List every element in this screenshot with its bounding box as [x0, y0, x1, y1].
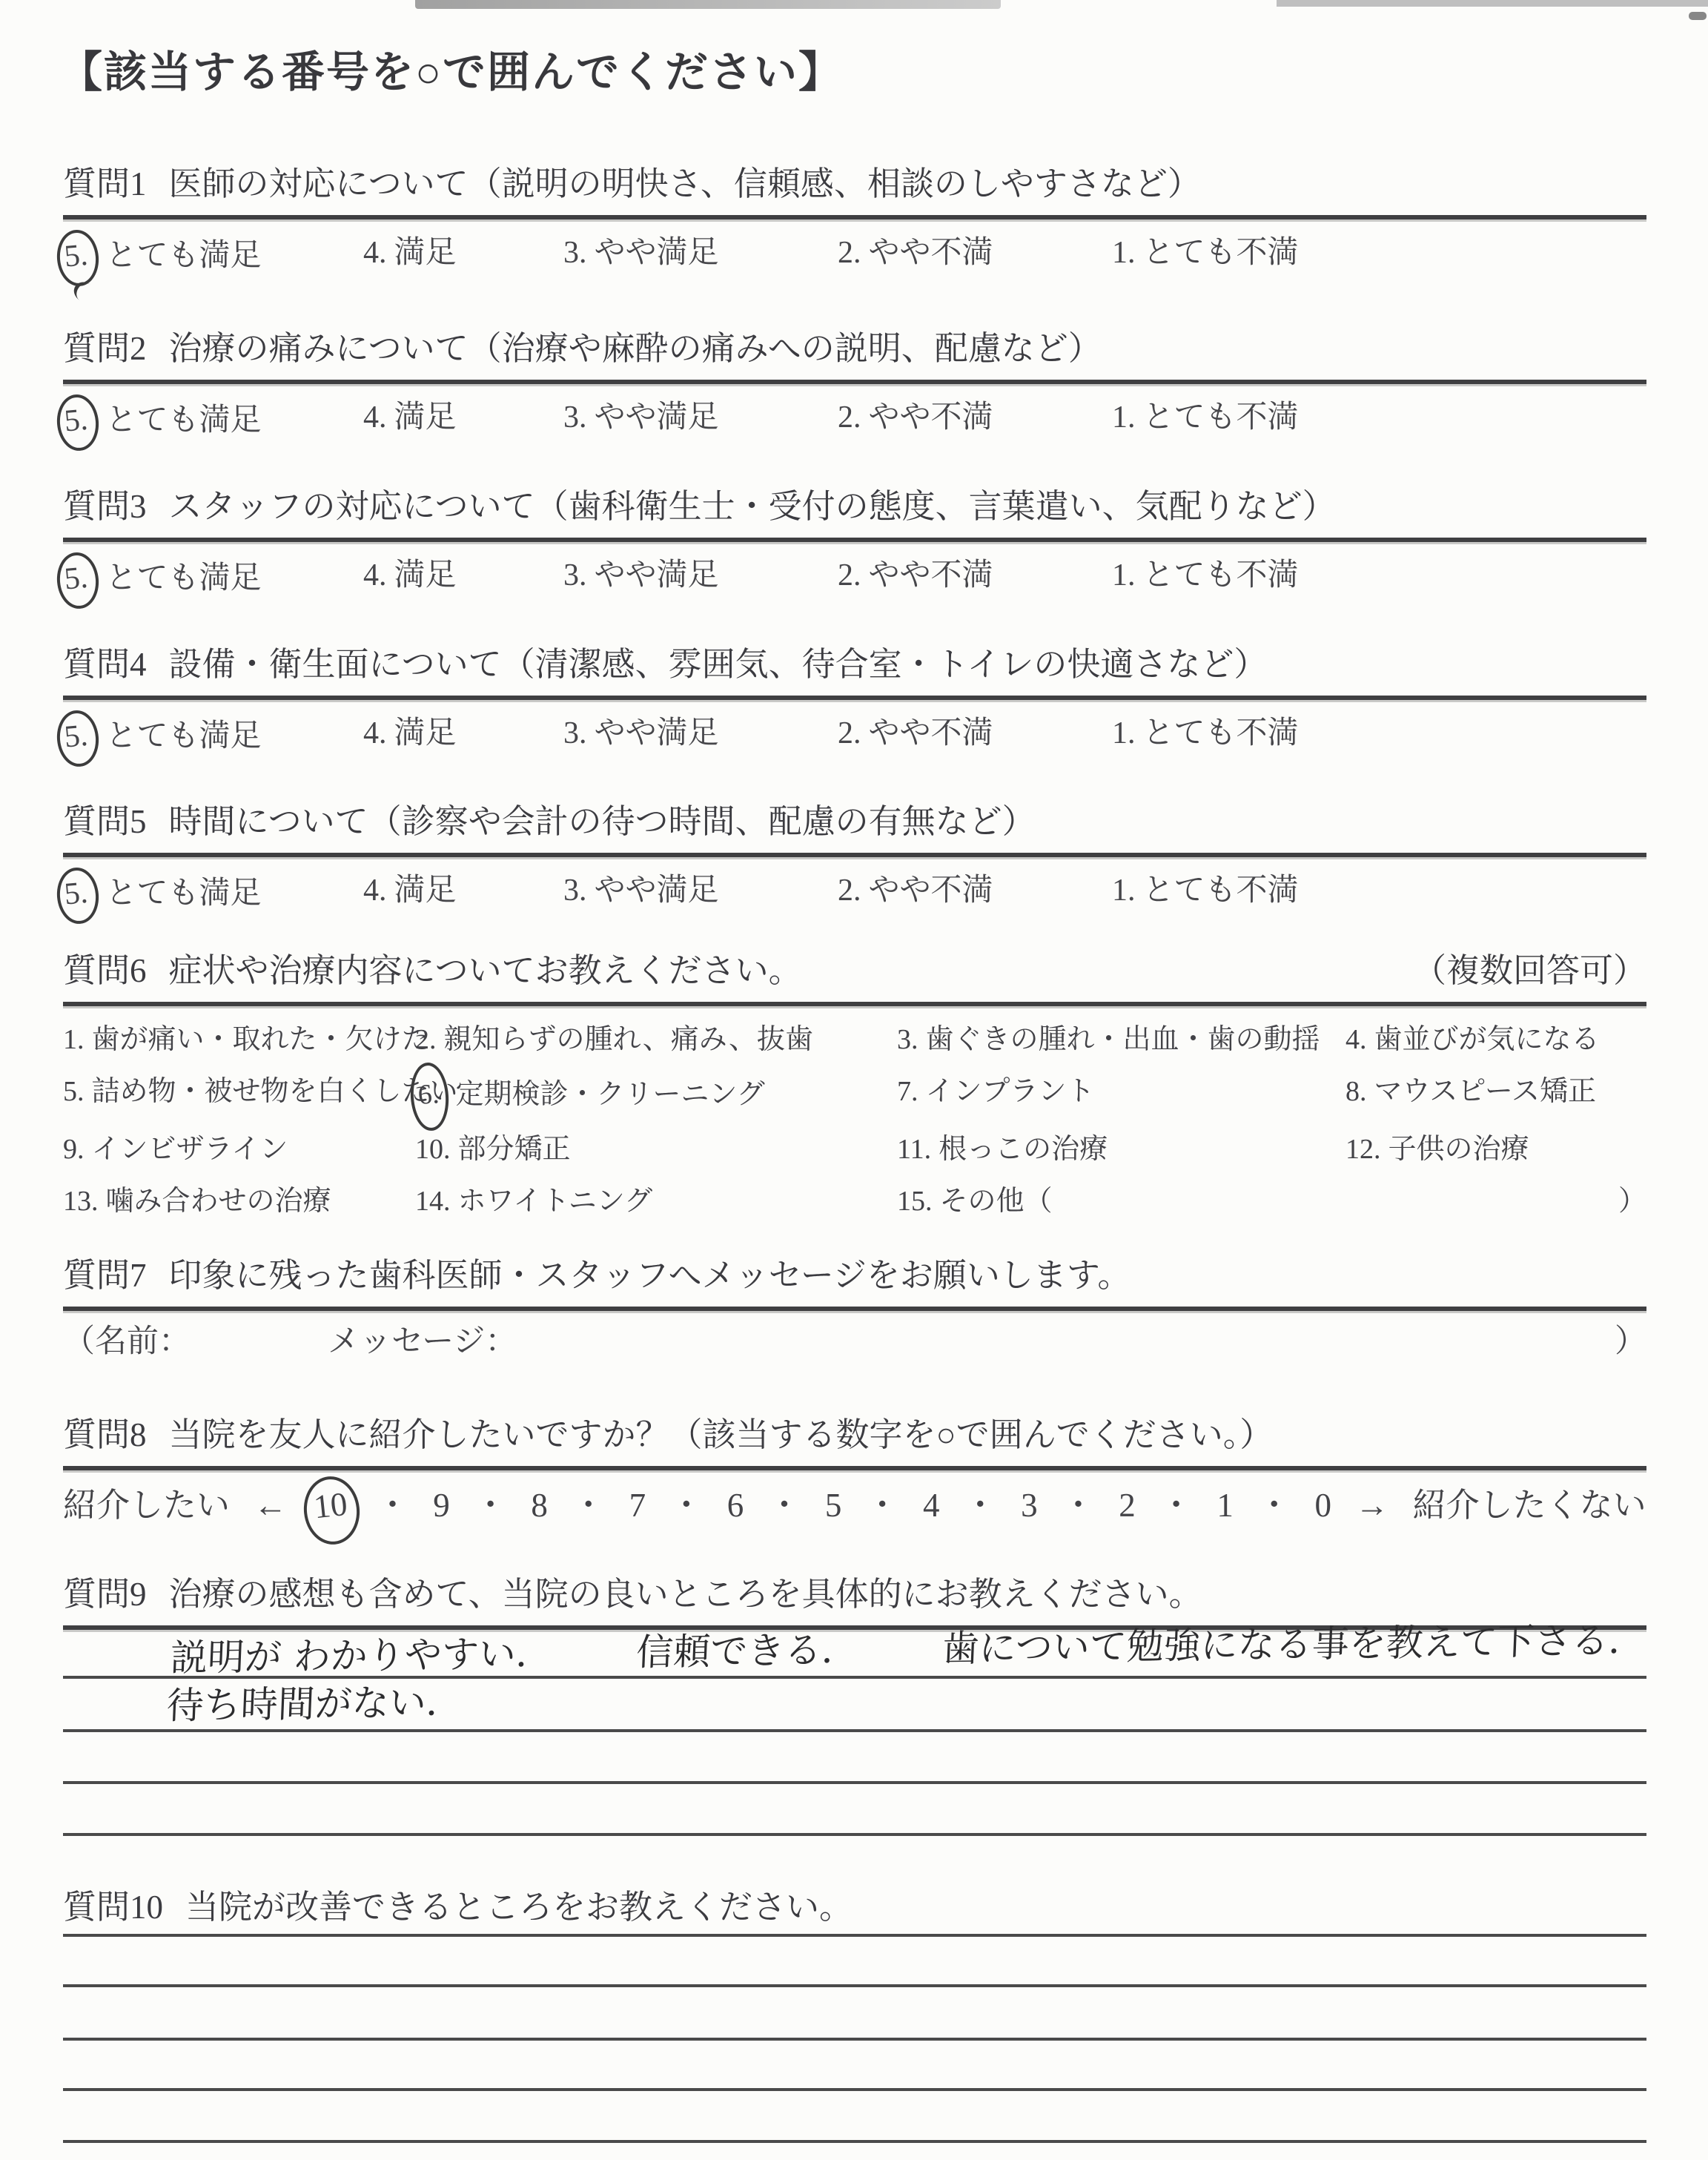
symptom-item-10: 10.部分矯正	[415, 1123, 897, 1175]
question-10-title: 質問10当院が改善できるところをお教えください。	[63, 1885, 1646, 1929]
rating-option-label: やや不満	[869, 873, 993, 908]
question-9: 質問9治療の感想も含めて、当院の良いところを具体的にお教えください。 説明が わ…	[63, 1572, 1646, 1836]
divider	[63, 696, 1646, 700]
scale-8: 8	[531, 1485, 548, 1525]
rating-option-2: 2.やや不満	[838, 560, 993, 591]
question-3-title: 質問3スタッフの対応について（歯科衛生士・受付の態度、言葉遣い、気配りなど）	[63, 484, 1646, 529]
item-label: ホワイトニング	[458, 1186, 653, 1217]
question-3-options: 5.とても満足 4.満足 3.やや満足 2.やや不満 1.とても不満	[63, 552, 1646, 619]
question-1: 質問1医師の対応について（説明の明快さ、信頼感、相談のしやすさなど） 5.とても…	[63, 162, 1646, 297]
rating-option-label: やや満足	[595, 873, 719, 908]
item-num: 2.	[415, 1024, 437, 1055]
item-label: 詰め物・被せ物を白くしたい	[92, 1076, 458, 1107]
dot-separator: ・	[1159, 1485, 1193, 1525]
rating-option-3: 3.やや満足	[563, 718, 719, 749]
dot-separator: ・	[669, 1485, 703, 1525]
rating-option-4: 4.満足	[363, 237, 457, 268]
divider	[63, 538, 1646, 542]
rating-option-2: 2.やや不満	[838, 875, 993, 906]
survey-page: 【該当する番号を○で囲んでください】 質問1医師の対応について（説明の明快さ、信…	[0, 0, 1708, 2160]
rating-option-label: とても満足	[106, 403, 262, 437]
question-6-title-row: 質問6症状や治療内容についてお教えください。 （複数回答可）	[63, 943, 1646, 993]
dot-separator: ・	[376, 1485, 409, 1525]
rating-option-label: とても不満	[1143, 873, 1299, 908]
rating-option-5: 5.とても満足	[63, 560, 262, 597]
rating-option-2: 2.やや不満	[838, 237, 993, 268]
question-4-title: 質問4設備・衛生面について（清潔感、雰囲気、待合室・トイレの快適さなど）	[63, 642, 1646, 687]
rating-option-label: とても満足	[106, 239, 262, 273]
rating-option-1: 1.とても不満	[1112, 560, 1299, 591]
circle-annotation: 5.	[55, 709, 101, 769]
question-8-text: 当院を友人に紹介したいですか？（該当する数字を○で囲んでください。）	[169, 1416, 1274, 1453]
symptom-item-4: 4.歯並びが気になる	[1345, 1014, 1646, 1066]
rating-option-label: とても満足	[106, 561, 262, 595]
rating-option-num: 2.	[838, 400, 861, 435]
question-6-title: 質問6症状や治療内容についてお教えください。	[63, 948, 802, 993]
multiple-answers-note: （複数回答可）	[1413, 943, 1646, 991]
question-7: 質問7印象に残った歯科医師・スタッフへメッセージをお願いします。 （名前： メッ…	[63, 1253, 1646, 1363]
question-2: 質問2治療の痛みについて（治療や麻酔の痛みへの説明、配慮など） 5.とても満足 …	[63, 326, 1646, 461]
circle-annotation: 5.	[55, 866, 101, 926]
symptom-item-12: 12.子供の治療	[1345, 1123, 1646, 1175]
question-6-text: 症状や治療内容についてお教えください。	[169, 952, 802, 989]
dot-separator: ・	[1257, 1485, 1291, 1525]
rating-option-num: 1.	[1112, 716, 1136, 750]
symptom-item-9: 9.インビザライン	[63, 1123, 415, 1175]
question-6-label: 質問6	[63, 952, 147, 989]
divider	[63, 215, 1646, 219]
scale-6: 6	[727, 1485, 744, 1525]
circle-annotation: 5.	[55, 393, 101, 453]
item-num: 15.	[897, 1186, 933, 1217]
page-title: 【該当する番号を○で囲んでください】	[59, 37, 843, 99]
scale-left-label: 紹介したい	[63, 1485, 230, 1525]
name-message-row: （名前： メッセージ： ）	[63, 1321, 1646, 1363]
item-num: 5.	[63, 1076, 85, 1107]
question-8: 質問8当院を友人に紹介したいですか？（該当する数字を○で囲んでください。） 紹介…	[63, 1413, 1646, 1528]
rating-option-num: 1.	[1112, 400, 1136, 435]
symptom-item-7: 7.インプラント	[897, 1066, 1345, 1123]
writing-line	[63, 1929, 1646, 1937]
symptom-item-3: 3.歯ぐきの腫れ・出血・歯の動揺	[897, 1014, 1345, 1066]
question-5-text: 時間について（診察や会計の待つ時間、配慮の有無など）	[169, 803, 1036, 840]
item-label: マウスピース矯正	[1374, 1076, 1596, 1107]
rating-option-num: 3.	[563, 236, 587, 270]
rating-option-1: 1.とても不満	[1112, 875, 1299, 906]
question-3: 質問3スタッフの対応について（歯科衛生士・受付の態度、言葉遣い、気配りなど） 5…	[63, 484, 1646, 619]
item-label: 子供の治療	[1388, 1134, 1529, 1165]
symptom-item-11: 11.根っこの治療	[897, 1123, 1345, 1175]
question-1-title: 質問1医師の対応について（説明の明快さ、信頼感、相談のしやすさなど）	[63, 162, 1646, 206]
rating-option-5: 5.とても満足	[63, 718, 262, 755]
question-4-label: 質問4	[63, 646, 147, 683]
rating-option-label: とても満足	[106, 876, 262, 911]
item-num: 13.	[63, 1186, 99, 1217]
rating-option-num: 3.	[563, 716, 587, 750]
question-5-options: 5.とても満足 4.満足 3.やや満足 2.やや不満 1.とても不満	[63, 868, 1646, 934]
rating-option-num: 2.	[838, 558, 861, 592]
dot-separator: ・	[964, 1485, 997, 1525]
writing-line	[63, 1784, 1646, 1836]
left-arrow-icon: ←	[254, 1485, 287, 1525]
item-num: 4.	[1345, 1024, 1367, 1055]
rating-option-num: 4.	[363, 236, 387, 270]
question-9-text: 治療の感想も含めて、当院の良いところを具体的にお教えください。	[169, 1576, 1202, 1613]
rating-option-4: 4.満足	[363, 718, 457, 749]
scale-2: 2	[1119, 1485, 1136, 1525]
circle-annotation: 6.	[408, 1061, 451, 1132]
scan-artifact	[1689, 12, 1707, 20]
symptom-item-15: 15.その他（ ）	[897, 1175, 1646, 1227]
close-paren: ）	[1615, 1321, 1646, 1363]
rating-option-num: 4.	[363, 558, 387, 592]
item-label: インビザライン	[92, 1134, 288, 1165]
rating-option-num: 3.	[563, 558, 587, 592]
item-num: 9.	[63, 1134, 85, 1165]
nps-scale-row: 紹介したい ← 10 ・ 9 ・ 8 ・ 7 ・ 6 ・ 5 ・ 4 ・ 3 ・…	[63, 1482, 1646, 1528]
rating-option-num: 4.	[363, 400, 387, 435]
rating-option-4: 4.満足	[363, 402, 457, 433]
rating-option-3: 3.やや満足	[563, 560, 719, 591]
item-num: 1.	[63, 1024, 85, 1055]
item-label: 部分矯正	[458, 1134, 571, 1165]
rating-option-label: とても不満	[1143, 558, 1299, 592]
item-label: 歯が痛い・取れた・欠けた	[92, 1024, 430, 1055]
rating-option-num: 2.	[838, 236, 861, 270]
question-8-label: 質問8	[63, 1416, 147, 1453]
question-4-options: 5.とても満足 4.満足 3.やや満足 2.やや不満 1.とても不満	[63, 710, 1646, 777]
rating-option-5: 5.とても満足	[63, 875, 262, 912]
item-label: 歯ぐきの腫れ・出血・歯の動揺	[926, 1024, 1320, 1055]
symptom-item-8: 8.マウスピース矯正	[1345, 1066, 1646, 1123]
handwriting-segment: 信頼できる．	[635, 1620, 860, 1677]
message-field-label: メッセージ：	[328, 1321, 517, 1363]
rating-option-num: 4.	[363, 873, 387, 908]
item-other: 15.その他（	[897, 1175, 1053, 1227]
rating-option-label: やや不満	[869, 236, 993, 270]
rating-option-label: とても不満	[1143, 716, 1299, 750]
question-5: 質問5時間について（診察や会計の待つ時間、配慮の有無など） 5.とても満足 4.…	[63, 799, 1646, 934]
question-10-text: 当院が改善できるところをお教えください。	[185, 1889, 853, 1926]
writing-line	[63, 1937, 1646, 1987]
question-10-label: 質問10	[63, 1889, 163, 1926]
dot-separator: ・	[768, 1485, 801, 1525]
scale-9: 9	[433, 1485, 450, 1525]
symptom-item-13: 13.噛み合わせの治療	[63, 1175, 415, 1227]
rating-option-label: 満足	[394, 558, 457, 592]
circle-annotation: 5.	[55, 551, 101, 611]
question-1-label: 質問1	[63, 165, 147, 202]
rating-option-num: 1.	[1112, 236, 1136, 270]
writing-line	[63, 2041, 1646, 2091]
right-arrow-icon: →	[1355, 1485, 1388, 1525]
rating-option-2: 2.やや不満	[838, 718, 993, 749]
rating-option-label: 満足	[394, 716, 457, 750]
rating-option-num: 2.	[838, 716, 861, 750]
symptom-options-grid: 1.歯が痛い・取れた・欠けた 2.親知らずの腫れ、痛み、抜歯 3.歯ぐきの腫れ・…	[63, 1014, 1646, 1227]
rating-option-label: とても満足	[106, 719, 262, 753]
rating-option-5: 5.とても満足	[63, 402, 262, 439]
item-label: インプラント	[926, 1076, 1095, 1107]
question-4-text: 設備・衛生面について（清潔感、雰囲気、待合室・トイレの快適さなど）	[169, 646, 1268, 683]
rating-option-label: やや満足	[595, 716, 719, 750]
rating-option-label: やや不満	[869, 716, 993, 750]
handwritten-answer-line-2: 待ち時間がない．	[166, 1673, 465, 1730]
rating-option-label: やや満足	[595, 558, 719, 592]
scale-right-label: 紹介したくない	[1413, 1485, 1646, 1525]
item-label: 噛み合わせの治療	[106, 1186, 331, 1217]
dot-separator: ・	[572, 1485, 605, 1525]
symptom-item-1: 1.歯が痛い・取れた・欠けた	[63, 1014, 415, 1066]
scale-5: 5	[825, 1485, 842, 1525]
dot-separator: ・	[1062, 1485, 1095, 1525]
writing-line	[63, 1987, 1646, 2041]
question-7-label: 質問7	[63, 1257, 147, 1294]
item-label: 根っこの治療	[939, 1134, 1108, 1165]
writing-line	[63, 2091, 1646, 2143]
writing-line	[63, 1732, 1646, 1784]
item-num: 10.	[415, 1134, 451, 1165]
item-num: 12.	[1345, 1134, 1381, 1165]
circle-annotation: 10	[300, 1473, 363, 1547]
divider	[63, 1466, 1646, 1470]
rating-option-label: 満足	[394, 236, 457, 270]
question-9-label: 質問9	[63, 1576, 147, 1613]
rating-option-label: やや満足	[595, 400, 719, 435]
rating-option-2: 2.やや不満	[838, 402, 993, 433]
rating-option-4: 4.満足	[363, 875, 457, 906]
scale-7: 7	[629, 1485, 646, 1525]
divider	[63, 1307, 1646, 1311]
rating-option-4: 4.満足	[363, 560, 457, 591]
rating-option-label: やや不満	[869, 558, 993, 592]
item-num: 3.	[897, 1024, 918, 1055]
item-num: 11.	[897, 1134, 931, 1165]
scan-artifact	[1277, 0, 1708, 7]
scale-4: 4	[923, 1485, 940, 1525]
question-8-title: 質問8当院を友人に紹介したいですか？（該当する数字を○で囲んでください。）	[63, 1413, 1646, 1457]
handwriting-segment: 歯について勉強になる事を教えて下さる．	[941, 1611, 1647, 1673]
item-label: 定期検診・クリーニング	[456, 1079, 765, 1110]
item-num: 14.	[415, 1186, 451, 1217]
other-close-paren: ）	[1618, 1175, 1646, 1227]
item-label: 歯並びが気になる	[1374, 1024, 1600, 1055]
question-2-text: 治療の痛みについて（治療や麻酔の痛みへの説明、配慮など）	[169, 330, 1102, 367]
rating-option-label: とても不満	[1143, 400, 1299, 435]
rating-option-1: 1.とても不満	[1112, 237, 1299, 268]
question-4: 質問4設備・衛生面について（清潔感、雰囲気、待合室・トイレの快適さなど） 5.と…	[63, 642, 1646, 777]
scan-artifact	[415, 0, 1001, 9]
rating-option-1: 1.とても不満	[1112, 402, 1299, 433]
question-2-label: 質問2	[63, 330, 147, 367]
question-5-label: 質問5	[63, 803, 147, 840]
question-7-text: 印象に残った歯科医師・スタッフへメッセージをお願いします。	[169, 1257, 1131, 1294]
question-2-title: 質問2治療の痛みについて（治療や麻酔の痛みへの説明、配慮など）	[63, 326, 1646, 371]
question-5-title: 質問5時間について（診察や会計の待つ時間、配慮の有無など）	[63, 799, 1646, 844]
item-label: その他（	[940, 1186, 1053, 1217]
question-2-options: 5.とても満足 4.満足 3.やや満足 2.やや不満 1.とても不満	[63, 394, 1646, 461]
item-label: 親知らずの腫れ、痛み、抜歯	[444, 1024, 814, 1055]
scale-0: 0	[1315, 1485, 1332, 1525]
name-field-label: （名前：	[63, 1321, 191, 1363]
question-1-text: 医師の対応について（説明の明快さ、信頼感、相談のしやすさなど）	[169, 165, 1201, 202]
rating-option-num: 2.	[838, 873, 861, 908]
scale-1: 1	[1217, 1485, 1234, 1525]
question-1-options: 5.とても満足 4.満足 3.やや満足 2.やや不満 1.とても不満	[63, 230, 1646, 297]
question-7-title: 質問7印象に残った歯科医師・スタッフへメッセージをお願いします。	[63, 1253, 1646, 1298]
rating-option-label: やや不満	[869, 400, 993, 435]
symptom-item-6: 6.定期検診・クリーニング	[415, 1066, 897, 1123]
divider	[63, 853, 1646, 857]
divider	[63, 1002, 1646, 1006]
question-6: 質問6症状や治療内容についてお教えください。 （複数回答可） 1.歯が痛い・取れ…	[63, 943, 1646, 1227]
item-num: 7.	[897, 1076, 918, 1107]
rating-option-3: 3.やや満足	[563, 875, 719, 906]
rating-option-label: やや満足	[595, 236, 719, 270]
rating-option-num: 1.	[1112, 873, 1136, 908]
rating-option-num: 4.	[363, 716, 387, 750]
rating-option-label: 満足	[394, 400, 457, 435]
circle-annotation: 5.	[55, 228, 101, 288]
rating-option-label: 満足	[394, 873, 457, 908]
rating-option-label: とても不満	[1143, 236, 1299, 270]
symptom-item-14: 14.ホワイトニング	[415, 1175, 897, 1227]
item-num: 8.	[1345, 1076, 1367, 1107]
rating-option-num: 1.	[1112, 558, 1136, 592]
dot-separator: ・	[866, 1485, 899, 1525]
scale-3: 3	[1021, 1485, 1038, 1525]
question-10: 質問10当院が改善できるところをお教えください。	[63, 1885, 1646, 2143]
rating-option-3: 3.やや満足	[563, 237, 719, 268]
rating-option-1: 1.とても不満	[1112, 718, 1299, 749]
rating-option-3: 3.やや満足	[563, 402, 719, 433]
question-9-title: 質問9治療の感想も含めて、当院の良いところを具体的にお教えください。	[63, 1572, 1646, 1616]
dot-separator: ・	[474, 1485, 507, 1525]
rating-option-5: 5.とても満足	[63, 237, 262, 274]
rating-option-num: 3.	[563, 873, 587, 908]
question-3-label: 質問3	[63, 488, 147, 525]
symptom-item-5: 5.詰め物・被せ物を白くしたい	[63, 1066, 415, 1123]
divider	[63, 380, 1646, 384]
rating-option-num: 3.	[563, 400, 587, 435]
question-3-text: スタッフの対応について（歯科衛生士・受付の態度、言葉遣い、気配りなど）	[169, 488, 1336, 525]
symptom-item-2: 2.親知らずの腫れ、痛み、抜歯	[415, 1014, 897, 1066]
